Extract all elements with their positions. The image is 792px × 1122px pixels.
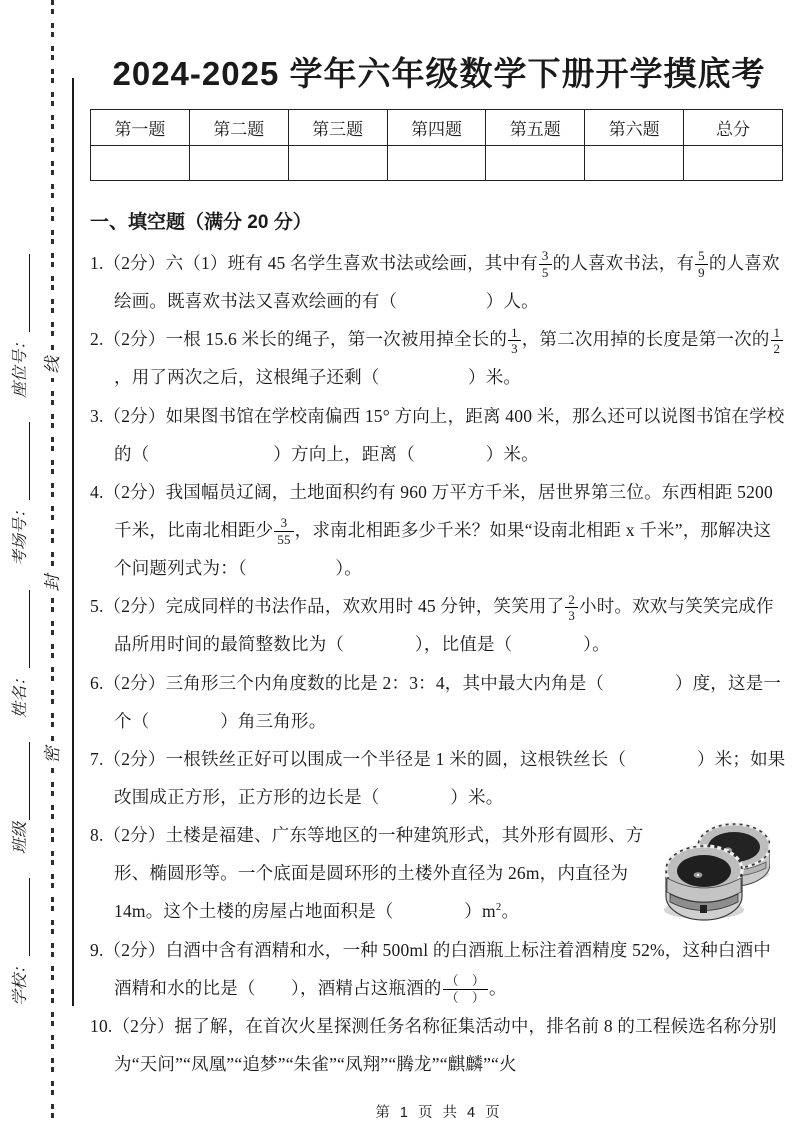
seal-margin-field: 座位号： [7, 254, 30, 398]
question-text: 据了解，在首次火星探测任务名称征集活动中，排名前 8 的工程候选名称分别为“天问… [114, 1016, 777, 1074]
score-table: 第一题第二题第三题第四题第五题第六题总分 [90, 109, 783, 181]
fraction-numerator: 3 [539, 249, 552, 265]
seal-dotted-line [51, 0, 54, 1122]
score-table-header-cell: 第五题 [486, 110, 585, 146]
score-table-header-cell: 第二题 [189, 110, 288, 146]
fraction-numerator: 3 [274, 516, 293, 532]
question-item: 2.（2分）一根 15.6 米长的绳子，第一次被用掉全长的13，第二次用掉的长度… [90, 320, 788, 396]
seal-margin-field: 考场号： [7, 422, 30, 566]
seal-margin-field: 班级 [7, 742, 30, 854]
seal-margin-field-blank [15, 590, 30, 668]
question-number: 3.（2分） [90, 406, 166, 426]
question-text: 完成同样的书法作品，欢欢用时 45 分钟，笑笑用了 [166, 596, 565, 616]
fraction-numerator: 1 [771, 326, 784, 342]
question-number: 5.（2分） [90, 596, 166, 616]
question-item: 6.（2分）三角形三个内角度数的比是 2：3：4，其中最大内角是（ ）度，这是一… [90, 664, 788, 740]
seal-margin-field-blank [15, 422, 30, 500]
question-number: 1.（2分） [90, 253, 166, 273]
question-text: ，用了两次之后，这根绳子还剩（ ）米。 [114, 367, 521, 387]
fraction: 35 [538, 249, 553, 279]
page-title: 2024-2025 学年六年级数学下册开学摸底考 [90, 48, 788, 95]
score-table-value-cell [288, 146, 387, 181]
seal-margin-fields: 学校：班级姓名：考场号：座位号： [0, 106, 36, 1006]
fraction-denominator: 55 [274, 532, 293, 547]
score-table-value-cell [585, 146, 684, 181]
fraction: 23 [564, 593, 579, 623]
question-number: 10.（2分） [90, 1016, 175, 1036]
score-table-value-cell [91, 146, 190, 181]
score-table-header-cell: 第四题 [387, 110, 486, 146]
question-text: 一根铁丝正好可以围成一个半径是 1 米的圆，这根铁丝长（ ）米；如果改围成正方形… [114, 749, 785, 807]
fraction-numerator: 1 [508, 326, 521, 342]
question-item: 4.（2分）我国幅员辽阔，土地面积约有 960 万平方千米，居世界第三位。东西相… [90, 473, 788, 587]
section-heading: 一、填空题（满分 20 分） [90, 207, 788, 234]
seal-margin-field-blank [15, 742, 30, 820]
question-item: 10.（2分）据了解，在首次火星探测任务名称征集活动中，排名前 8 的工程候选名… [90, 1007, 788, 1083]
question-number: 4.（2分） [90, 482, 166, 502]
score-table-header-cell: 总分 [684, 110, 783, 146]
seal-char: 密 [40, 742, 66, 768]
score-table-value-cell [189, 146, 288, 181]
score-table-value-cell [684, 146, 783, 181]
question-item: 1.（2分）六（1）班有 45 名学生喜欢书法或绘画，其中有35的人喜欢书法，有… [90, 244, 788, 320]
question-item: 5.（2分）完成同样的书法作品，欢欢用时 45 分钟，笑笑用了23小时。欢欢与笑… [90, 587, 788, 663]
question-item: 8.（2分）土楼是福建、广东等地区的一种建筑形式，其外形有圆形、方形、椭圆形等。… [90, 816, 788, 930]
question-text: ，第二次用掉的长度是第一次的 [522, 329, 770, 349]
fraction-denominator: （ ） [443, 990, 488, 1005]
question-text: 的人喜欢书法，有 [553, 253, 695, 273]
fraction: （ ）（ ） [442, 974, 489, 1004]
fraction-denominator: 9 [695, 265, 708, 280]
fraction-denominator: 5 [539, 265, 552, 280]
score-table-header-cell: 第三题 [288, 110, 387, 146]
score-table-header-cell: 第六题 [585, 110, 684, 146]
question-item: 9.（2分）白酒中含有酒精和水，一种 500ml 的白酒瓶上标注着酒精度 52%… [90, 931, 788, 1007]
question-text: 六（1）班有 45 名学生喜欢书法或绘画，其中有 [166, 253, 538, 273]
question-number: 8.（2分） [90, 825, 166, 845]
question-text: 土楼是福建、广东等地区的一种建筑形式，其外形有圆形、方形、椭圆形等。一个底面是圆… [114, 825, 643, 921]
question-text: 。 [501, 901, 519, 921]
fraction-denominator: 3 [565, 608, 578, 623]
seal-margin-field-label: 姓名： [7, 670, 30, 718]
seal-char: 线 [40, 352, 66, 378]
question-number: 2.（2分） [90, 329, 166, 349]
question-text: 一根 15.6 米长的绳子，第一次被用掉全长的 [166, 329, 507, 349]
seal-margin-field-label: 学校： [7, 958, 30, 1006]
score-table-value-row [91, 146, 783, 181]
question-item: 7.（2分）一根铁丝正好可以围成一个半径是 1 米的圆，这根铁丝长（ ）米；如果… [90, 740, 788, 816]
question-text: 。 [489, 978, 507, 998]
page-number: 第 1 页 共 4 页 [90, 1101, 788, 1122]
fraction: 355 [273, 516, 294, 546]
fraction-denominator: 3 [508, 341, 521, 356]
score-table-header-row: 第一题第二题第三题第四题第五题第六题总分 [91, 110, 783, 146]
seal-margin-field-label: 班级 [7, 822, 30, 854]
seal-char: 封 [40, 570, 66, 596]
seal-margin-field: 学校： [7, 878, 30, 1006]
question-item: 3.（2分）如果图书馆在学校南偏西 15° 方向上，距离 400 米，那么还可以… [90, 397, 788, 473]
fraction-denominator: 2 [771, 341, 784, 356]
fraction-numerator: （ ） [443, 974, 488, 990]
question-text: 如果图书馆在学校南偏西 15° 方向上，距离 400 米，那么还可以说图书馆在学… [114, 406, 785, 464]
seal-margin-field-label: 座位号： [7, 334, 30, 398]
score-table-value-cell [486, 146, 585, 181]
question-number: 7.（2分） [90, 749, 166, 769]
question-number: 6.（2分） [90, 673, 166, 693]
seal-margin-field: 姓名： [7, 590, 30, 718]
tulou-photo [682, 812, 792, 924]
score-table-value-cell [387, 146, 486, 181]
question-number: 9.（2分） [90, 940, 166, 960]
main-content: 2024-2025 学年六年级数学下册开学摸底考 第一题第二题第三题第四题第五题… [90, 40, 788, 1122]
margin-divider-line [72, 78, 74, 1006]
fraction: 13 [507, 326, 522, 356]
question-text: 三角形三个内角度数的比是 2：3：4，其中最大内角是（ ）度，这是一个（ ）角三… [114, 673, 781, 731]
exam-paper-page: { "page": { "title": "2024-2025 学年六年级数学下… [0, 0, 792, 1122]
score-table-header-cell: 第一题 [91, 110, 190, 146]
seal-margin-field-label: 考场号： [7, 502, 30, 566]
seal-margin-field-blank [15, 878, 30, 956]
seal-margin-field-blank [15, 254, 30, 332]
fraction: 59 [694, 249, 709, 279]
fraction-numerator: 2 [565, 593, 578, 609]
fraction: 12 [770, 326, 785, 356]
fraction-numerator: 5 [695, 249, 708, 265]
questions: 1.（2分）六（1）班有 45 名学生喜欢书法或绘画，其中有35的人喜欢书法，有… [90, 244, 788, 1083]
